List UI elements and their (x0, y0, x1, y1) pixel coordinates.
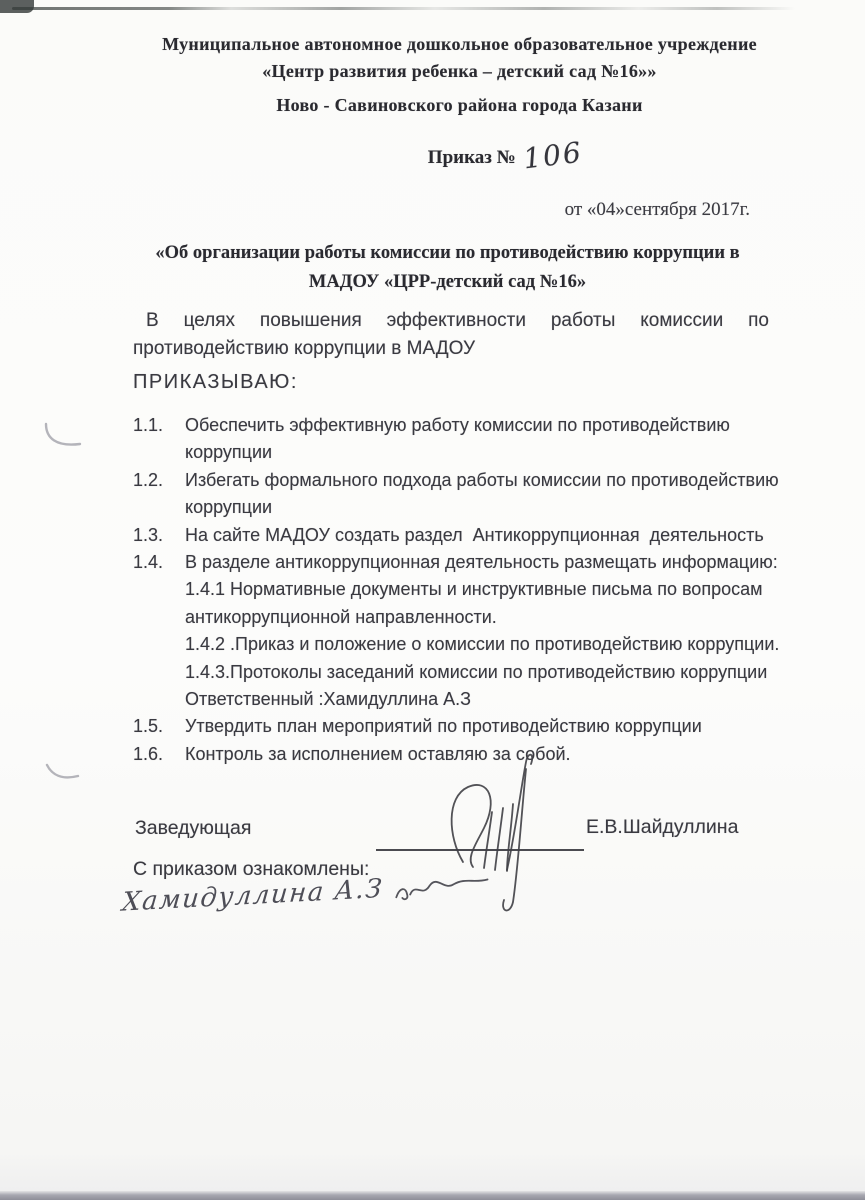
title-line1: «Об организации работы комиссии по проти… (100, 239, 795, 268)
scan-artifact-top-edge-line (12, 7, 795, 10)
order-text-line: Утвердить план мероприятий по противодей… (185, 713, 793, 740)
order-number: 1.3. (133, 522, 185, 549)
order-text-line: На сайте МАДОУ создать раздел Антикорруп… (185, 522, 793, 549)
intro-line2: противодействию коррупции в МАДОУ (133, 335, 769, 363)
intro-word: повышения (260, 307, 362, 335)
order-text-line: Обеспечить эффективную работу комиссии п… (185, 412, 793, 439)
order-item-1-3: 1.3.На сайте МАДОУ создать раздел Антико… (133, 522, 793, 549)
order-text: В разделе антикоррупционная деятельность… (185, 549, 793, 713)
orders-list: 1.1.Обеспечить эффективную работу комисс… (133, 412, 793, 768)
signatory-role: Заведующая (135, 817, 251, 840)
order-text: Обеспечить эффективную работу комиссии п… (185, 412, 793, 467)
order-text-line: Ответственный :Хамидуллина А.З (185, 686, 793, 713)
org-name-line1: Муниципальное автономное дошкольное обра… (90, 31, 829, 58)
intro-word: комиссии (640, 307, 723, 335)
order-text-line: антикоррупционной направленности. (185, 604, 793, 631)
intro-word: В (146, 307, 159, 335)
order-item-1-4: 1.4.В разделе антикоррупционная деятельн… (133, 549, 793, 713)
order-number: 1.4. (133, 549, 185, 713)
order-number-line: Приказ №106 (90, 137, 829, 170)
order-text: Утвердить план мероприятий по противодей… (185, 713, 793, 740)
org-name-line2: «Центр развития ребенка – детский сад №1… (90, 58, 829, 85)
order-text-line: В разделе антикоррупционная деятельность… (185, 549, 793, 576)
order-text-line: 1.4.2 .Приказ и положение о комиссии по … (185, 631, 793, 658)
scan-artifact-arc-upper (42, 421, 86, 455)
signatory-name: Е.В.Шайдуллина (586, 816, 738, 839)
order-text-line: коррупции (185, 439, 793, 466)
order-number: 1.1. (133, 412, 185, 467)
signature-flourish-icon (393, 874, 490, 905)
document-title: «Об организации работы комиссии по проти… (100, 239, 795, 297)
order-item-1-1: 1.1.Обеспечить эффективную работу комисс… (133, 412, 793, 467)
intro-word: работы (551, 307, 616, 335)
order-number: 1.6. (133, 741, 185, 768)
document-header: Муниципальное автономное дошкольное обра… (90, 31, 829, 85)
date-line: от «04»сентября 2017г. (565, 199, 750, 221)
order-item-1-2: 1.2.Избегать формального подхода работы … (133, 467, 793, 522)
title-line2: МАДОУ «ЦРР-детский сад №16» (100, 268, 795, 297)
order-text: На сайте МАДОУ создать раздел Антикорруп… (185, 522, 793, 549)
decree-heading: ПРИКАЗЫВАЮ: (133, 371, 298, 394)
scanned-order-document: Муниципальное автономное дошкольное обра… (0, 0, 865, 1200)
order-item-1-5: 1.5.Утвердить план мероприятий по против… (133, 713, 793, 740)
order-text-line: 1.4.3.Протоколы заседаний комиссии по пр… (185, 659, 793, 686)
order-text-line: коррупции (185, 494, 793, 521)
intro-word: целях (184, 307, 235, 335)
order-label: Приказ № (428, 147, 516, 168)
order-text-line: 1.4.1 Нормативные документы и инструктив… (185, 576, 793, 603)
district-line: Ново - Савиновского района города Казани (90, 95, 829, 116)
intro-line1: Вцеляхповышенияэффективностиработыкомисс… (133, 307, 769, 335)
handwritten-order-number: 106 (521, 135, 584, 175)
order-number: 1.2. (133, 467, 185, 522)
intro-word: эффективности (387, 307, 526, 335)
scan-artifact-arc-lower (44, 761, 84, 787)
order-text: Избегать формального подхода работы коми… (185, 467, 793, 522)
intro-word: по (748, 307, 769, 335)
order-number: 1.5. (133, 713, 185, 740)
order-text-line: Избегать формального подхода работы коми… (185, 467, 793, 494)
intro-paragraph: Вцеляхповышенияэффективностиработыкомисс… (133, 307, 769, 363)
scan-artifact-bottom-edge (0, 1191, 865, 1200)
